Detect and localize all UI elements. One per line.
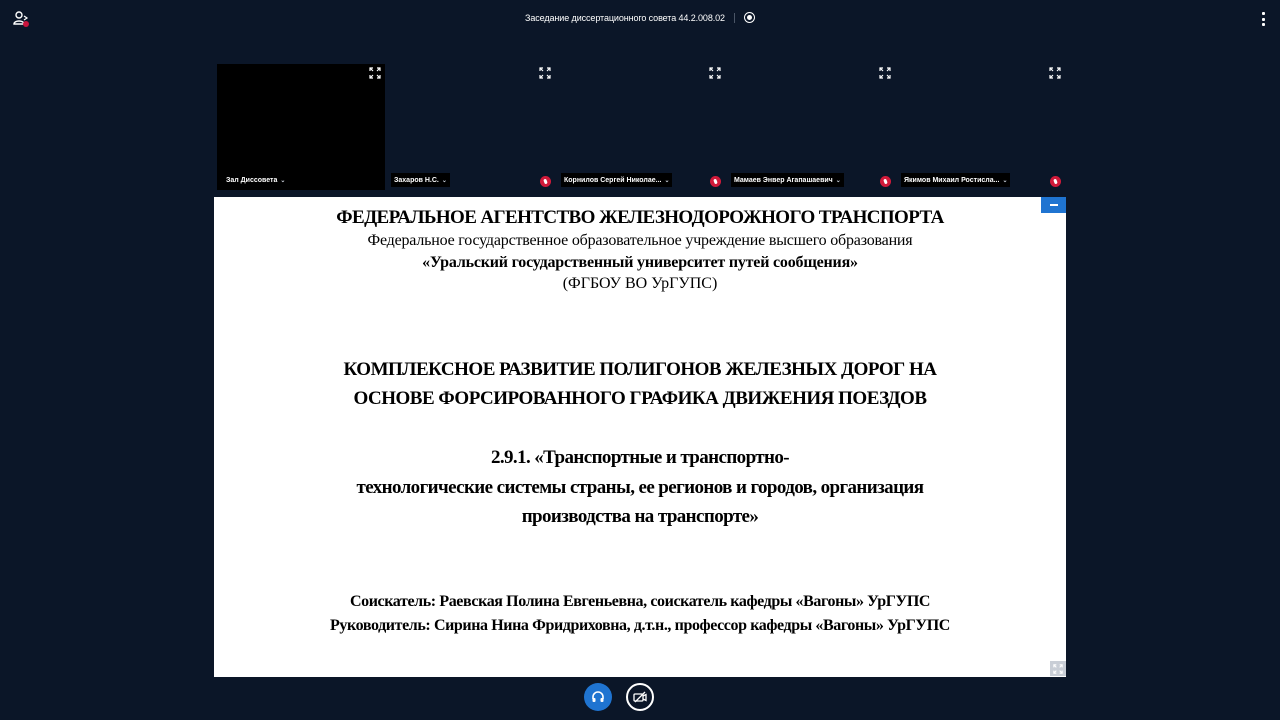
expand-icon xyxy=(1049,67,1061,79)
fullscreen-button[interactable] xyxy=(709,66,721,78)
participant-name[interactable]: Якимов Михаил Ростисла...⌄ xyxy=(901,173,1010,187)
participant-name[interactable]: Корнилов Сергей Николае...⌄ xyxy=(561,173,672,187)
university-name: «Уральский государственный университет п… xyxy=(214,254,1066,272)
specialty: 2.9.1. «Транспортные и транспортно- техн… xyxy=(214,443,1066,532)
participant-tile[interactable]: Корнилов Сергей Николае...⌄ xyxy=(555,64,725,190)
fullscreen-button[interactable] xyxy=(879,66,891,78)
institution-type: Федеральное государственное образователь… xyxy=(214,232,1066,250)
chevron-down-icon: ⌄ xyxy=(664,177,669,184)
recording-icon[interactable] xyxy=(744,12,755,23)
expand-icon xyxy=(1053,664,1063,674)
top-bar: Заседание диссертационного совета 44.2.0… xyxy=(0,0,1280,38)
university-abbr: (ФГБОУ ВО УрГУПС) xyxy=(214,275,1066,293)
fullscreen-button[interactable] xyxy=(369,66,381,78)
more-vertical-icon xyxy=(1262,12,1265,15)
participant-tile[interactable]: Мамаев Энвер Агапашаевич⌄ xyxy=(725,64,895,190)
dissertation-title: КОМПЛЕКСНОЕ РАЗВИТИЕ ПОЛИГОНОВ ЖЕЛЕЗНЫХ … xyxy=(214,355,1066,413)
fullscreen-presentation-button[interactable] xyxy=(1050,661,1066,676)
chevron-down-icon: ⌄ xyxy=(1002,177,1007,184)
chevron-down-icon: ⌄ xyxy=(280,177,285,184)
more-options-button[interactable] xyxy=(1260,12,1266,26)
participants-strip: Зал Диссовета⌄ Захаров Н.С.⌄ Корнилов Се… xyxy=(217,64,1067,190)
headphones-icon xyxy=(591,690,605,704)
share-webcam-button[interactable] xyxy=(626,683,654,711)
participant-tile[interactable]: Зал Диссовета⌄ xyxy=(217,64,385,190)
mic-muted-icon xyxy=(540,176,551,187)
supervisor: Руководитель: Сирина Нина Фридриховна, д… xyxy=(214,614,1066,638)
participant-tile[interactable]: Якимов Михаил Ростисла...⌄ xyxy=(895,64,1065,190)
expand-icon xyxy=(709,67,721,79)
chevron-down-icon: ⌄ xyxy=(442,177,447,184)
expand-icon xyxy=(539,67,551,79)
divider xyxy=(734,13,735,23)
mic-muted-icon xyxy=(1050,176,1061,187)
chevron-down-icon: ⌄ xyxy=(836,177,841,184)
fullscreen-button[interactable] xyxy=(1049,66,1061,78)
participant-name[interactable]: Мамаев Энвер Агапашаевич⌄ xyxy=(731,173,844,187)
meeting-title: Заседание диссертационного совета 44.2.0… xyxy=(525,13,725,23)
fullscreen-button[interactable] xyxy=(539,66,551,78)
mic-muted-icon xyxy=(880,176,891,187)
expand-icon xyxy=(369,67,381,79)
meeting-title-bar: Заседание диссертационного совета 44.2.0… xyxy=(0,12,1280,23)
participant-name[interactable]: Захаров Н.С.⌄ xyxy=(391,173,450,187)
agency-heading: ФЕДЕРАЛЬНОЕ АГЕНТСТВО ЖЕЛЕЗНОДОРОЖНОГО Т… xyxy=(214,207,1066,229)
participant-name[interactable]: Зал Диссовета⌄ xyxy=(223,173,288,187)
minimize-presentation-button[interactable] xyxy=(1041,197,1066,213)
mic-muted-icon xyxy=(710,176,721,187)
presentation-slide: ФЕДЕРАЛЬНОЕ АГЕНТСТВО ЖЕЛЕЗНОДОРОЖНОГО Т… xyxy=(214,197,1066,677)
expand-icon xyxy=(879,67,891,79)
media-controls xyxy=(0,683,1280,711)
authors: Соискатель: Раевская Полина Евгеньевна, … xyxy=(214,590,1066,638)
camera-off-icon xyxy=(633,690,647,704)
participant-tile[interactable]: Захаров Н.С.⌄ xyxy=(385,64,555,190)
applicant: Соискатель: Раевская Полина Евгеньевна, … xyxy=(214,590,1066,614)
audio-button[interactable] xyxy=(584,683,612,711)
